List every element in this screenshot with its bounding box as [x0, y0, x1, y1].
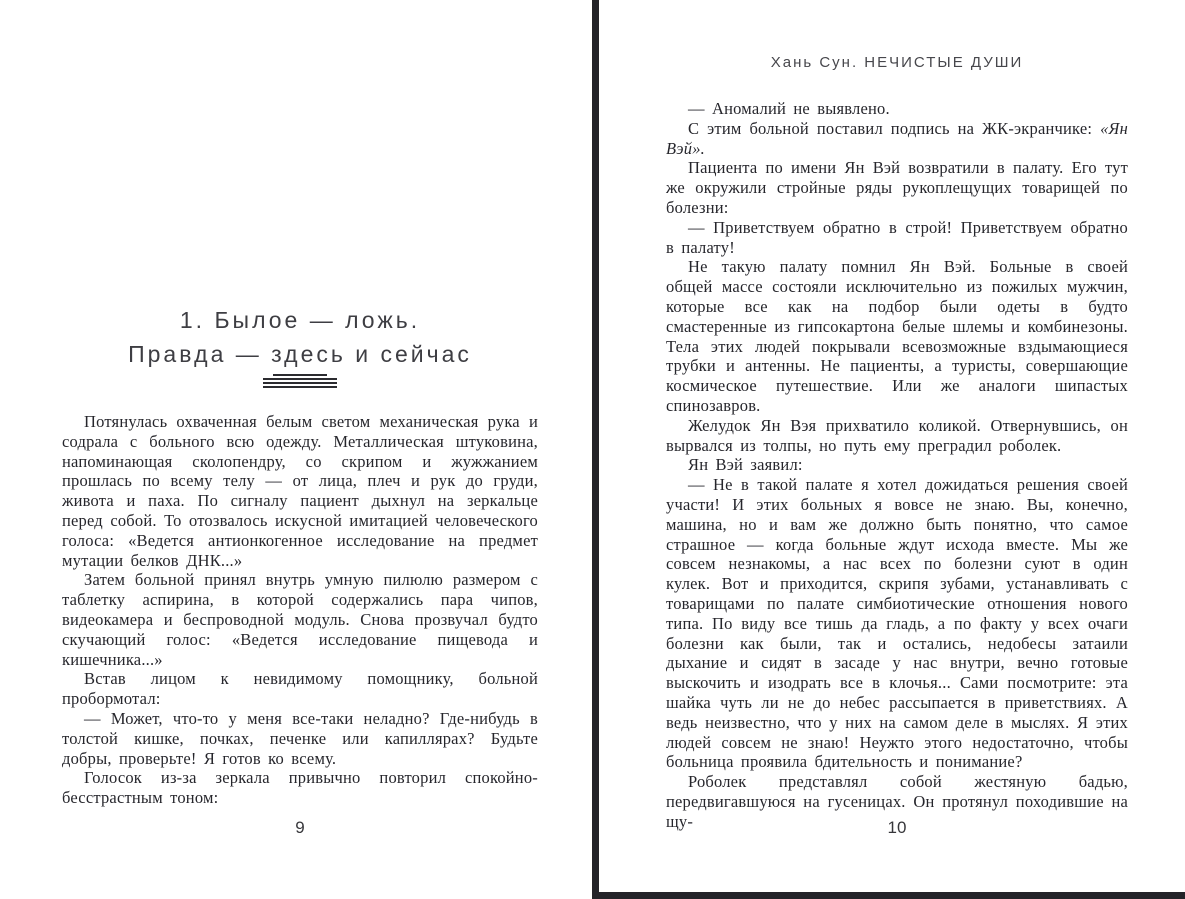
- paragraph: Затем больной принял внутрь умную пилюлю…: [62, 570, 538, 669]
- paragraph: С этим больной поставил подпись на ЖК-эк…: [666, 119, 1128, 159]
- text-run: — Аномалий не выявлено.: [688, 99, 890, 118]
- section-ornament-icon: [263, 374, 337, 390]
- text-run: Пациента по имени Ян Вэй возвратили в па…: [666, 158, 1128, 217]
- paragraph: Потянулась охваченная белым светом механ…: [62, 412, 538, 570]
- paragraph: Ян Вэй заявил:: [666, 455, 1128, 475]
- paragraph: Желудок Ян Вэя прихватило коликой. Отвер…: [666, 416, 1128, 456]
- paragraph: Встав лицом к невидимому помощнику, боль…: [62, 669, 538, 709]
- text-run: Встав лицом к невидимому помощнику, боль…: [62, 669, 538, 708]
- text-run: Потянулась охваченная белым светом механ…: [62, 412, 538, 570]
- left-page-number: 9: [62, 818, 538, 838]
- chapter-title-line1: 1. Былое — ложь.: [62, 303, 538, 337]
- paragraph: — Приветствуем обратно в строй! Приветст…: [666, 218, 1128, 258]
- paragraph: — Не в такой палате я хотел дожидаться р…: [666, 475, 1128, 772]
- paragraph: — Аномалий не выявлено.: [666, 99, 1128, 119]
- paragraph: Голосок из-за зеркала привычно повторил …: [62, 768, 538, 808]
- paragraph: Пациента по имени Ян Вэй возвратили в па…: [666, 158, 1128, 217]
- text-run: — Может, что-то у меня все-таки неладно?…: [62, 709, 538, 768]
- left-book-page: 1. Былое — ложь. Правда — здесь и сейчас…: [62, 0, 538, 899]
- right-page-number: 10: [666, 818, 1128, 838]
- text-run: С этим больной поставил подпись на ЖК-эк…: [688, 119, 1100, 138]
- text-run: Затем больной принял внутрь умную пилюлю…: [62, 570, 538, 668]
- right-book-page: Хань Сун. НЕЧИСТЫЕ ДУШИ — Аномалий не вы…: [666, 0, 1128, 899]
- chapter-title: 1. Былое — ложь. Правда — здесь и сейчас: [62, 303, 538, 371]
- text-run: Желудок Ян Вэя прихватило коликой. Отвер…: [666, 416, 1128, 455]
- spine-divider: [592, 0, 599, 894]
- text-run: — Не в такой палате я хотел дожидаться р…: [666, 475, 1128, 771]
- text-run: Голосок из-за зеркала привычно повторил …: [62, 768, 538, 807]
- paragraph: Не такую палату помнил Ян Вэй. Больные в…: [666, 257, 1128, 415]
- text-run: Ян Вэй заявил:: [688, 455, 803, 474]
- left-page-text: Потянулась охваченная белым светом механ…: [62, 412, 538, 808]
- right-page-text: — Аномалий не выявлено.С этим больной по…: [666, 99, 1128, 831]
- chapter-title-line2: Правда — здесь и сейчас: [62, 337, 538, 371]
- running-header: Хань Сун. НЕЧИСТЫЕ ДУШИ: [666, 54, 1128, 71]
- text-run: Не такую палату помнил Ян Вэй. Больные в…: [666, 257, 1128, 415]
- paragraph: — Может, что-то у меня все-таки неладно?…: [62, 709, 538, 768]
- text-run: — Приветствуем обратно в строй! Приветст…: [666, 218, 1128, 257]
